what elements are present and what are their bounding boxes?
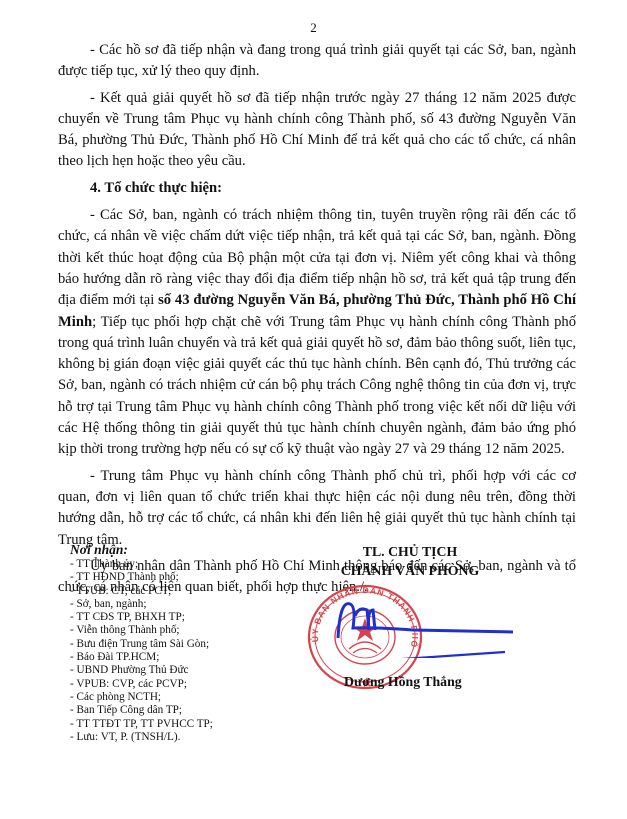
recipient-item: - UBND Phường Thủ Đức: [70, 664, 290, 677]
recipient-item: - Các phòng NCTH;: [70, 691, 290, 704]
recipient-item: - Viễn thông Thành phố;: [70, 624, 290, 637]
handwritten-signature-icon: [330, 588, 530, 658]
signer-name: Dương Hồng Thắng: [344, 674, 462, 690]
signature-title: TL. CHỦ TỊCH CHÁNH VĂN PHÒNG: [318, 542, 502, 580]
recipient-item: - TTUB: CT, các PCT;: [70, 585, 290, 598]
recipient-item: - Sở, ban, ngành;: [70, 598, 290, 611]
recipient-item: - Lưu: VT, P. (TNSH/L).: [70, 731, 290, 744]
paragraph-service-center: - Trung tâm Phục vụ hành chính công Thàn…: [58, 466, 576, 551]
recipient-item: - TT CĐS TP, BHXH TP;: [70, 611, 290, 624]
section-heading-implementation: 4. Tổ chức thực hiện:: [58, 178, 576, 199]
recipients-block: Nơi nhận: - TT Thành ủy;- TT HĐND Thành …: [70, 541, 290, 744]
paragraph-ongoing-records: - Các hồ sơ đã tiếp nhận và đang trong q…: [58, 40, 576, 83]
recipient-item: - VPUB: CVP, các PCVP;: [70, 678, 290, 691]
paragraph-departments-duties: - Các Sở, ban, ngành có trách nhiệm thôn…: [58, 205, 576, 461]
recipient-item: - Bưu điện Trung tâm Sài Gòn;: [70, 638, 290, 651]
recipient-item: - TT TTĐT TP, TT PVHCC TP;: [70, 718, 290, 731]
recipient-item: - TT HĐND Thành phố;: [70, 571, 290, 584]
page-number: 2: [0, 20, 627, 36]
recipient-item: - Ban Tiếp Công dân TP;: [70, 704, 290, 717]
recipients-title: Nơi nhận:: [70, 541, 290, 558]
signature-line-1: TL. CHỦ TỊCH: [318, 542, 502, 561]
paragraph-results-transfer: - Kết quả giải quyết hồ sơ đã tiếp nhận …: [58, 88, 576, 173]
document-body: - Các hồ sơ đã tiếp nhận và đang trong q…: [58, 40, 576, 603]
recipient-item: - Báo Đài TP.HCM;: [70, 651, 290, 664]
recipients-list: - TT Thành ủy;- TT HĐND Thành phố;- TTUB…: [70, 558, 290, 744]
signature-line-2: CHÁNH VĂN PHÒNG: [318, 561, 502, 580]
recipient-item: - TT Thành ủy;: [70, 558, 290, 571]
